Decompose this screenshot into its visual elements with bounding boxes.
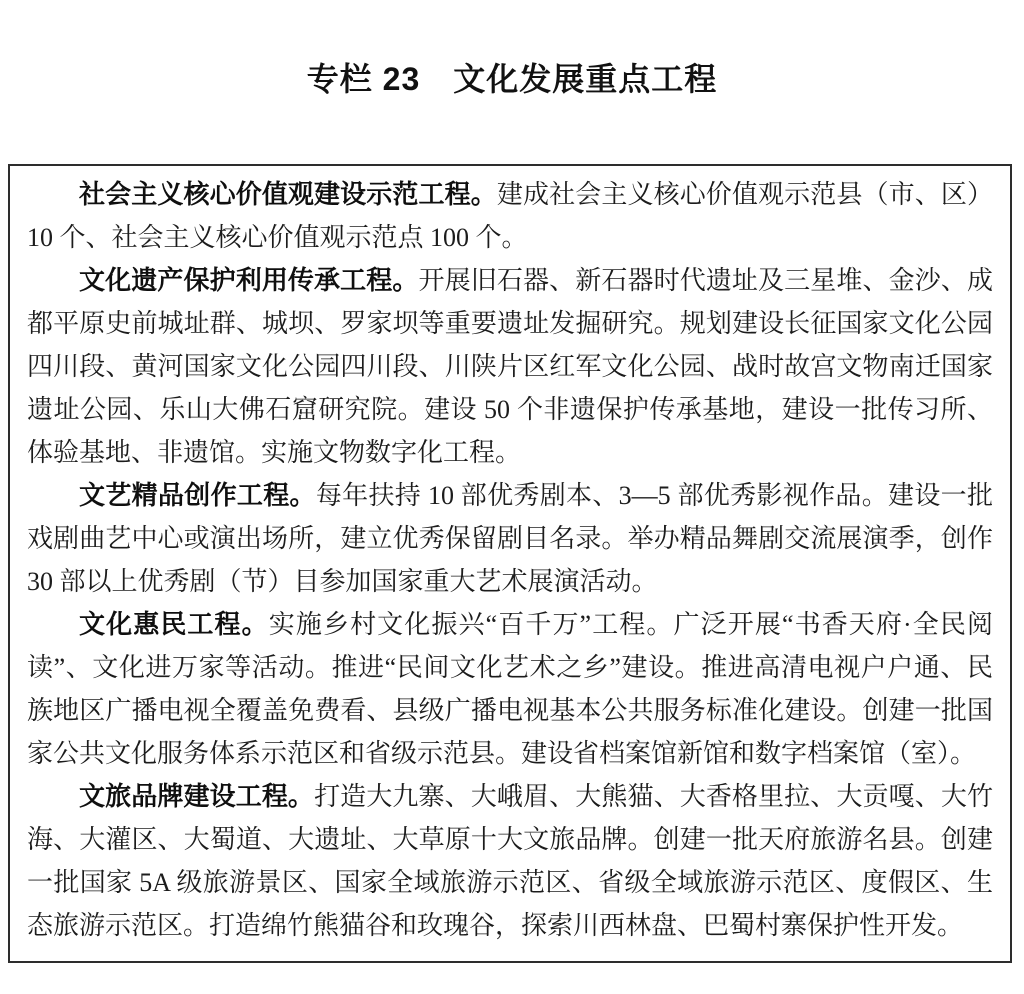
content-box: 社会主义核心价值观建设示范工程。建成社会主义核心价值观示范县（市、区）10 个、… [8,164,1012,963]
paragraph-fine-arts: 文艺精品创作工程。每年扶持 10 部优秀剧本、3—5 部优秀影视作品。建设一批戏… [27,474,993,603]
paragraph-lead: 文艺精品创作工程。 [79,481,316,510]
paragraph-body: 开展旧石器、新石器时代遗址及三星堆、金沙、成都平原史前城址群、城坝、罗家坝等重要… [27,266,993,467]
paragraph-lead: 社会主义核心价值观建设示范工程。 [79,180,497,209]
paragraph-tourism-brand: 文旅品牌建设工程。打造大九寨、大峨眉、大熊猫、大香格里拉、大贡嘎、大竹海、大灌区… [27,775,993,947]
paragraph-public-culture: 文化惠民工程。实施乡村文化振兴“百千万”工程。广泛开展“书香天府·全民阅读”、文… [27,603,993,775]
paragraph-lead: 文旅品牌建设工程。 [79,782,314,811]
paragraph-lead: 文化惠民工程。 [79,610,269,639]
paragraph-lead: 文化遗产保护利用传承工程。 [79,266,419,295]
paragraph-heritage: 文化遗产保护利用传承工程。开展旧石器、新石器时代遗址及三星堆、金沙、成都平原史前… [27,259,993,474]
document-page: 专栏 23 文化发展重点工程 社会主义核心价值观建设示范工程。建成社会主义核心价… [0,0,1024,994]
page-title: 专栏 23 文化发展重点工程 [0,54,1024,100]
paragraph-core-values: 社会主义核心价值观建设示范工程。建成社会主义核心价值观示范县（市、区）10 个、… [27,173,993,259]
